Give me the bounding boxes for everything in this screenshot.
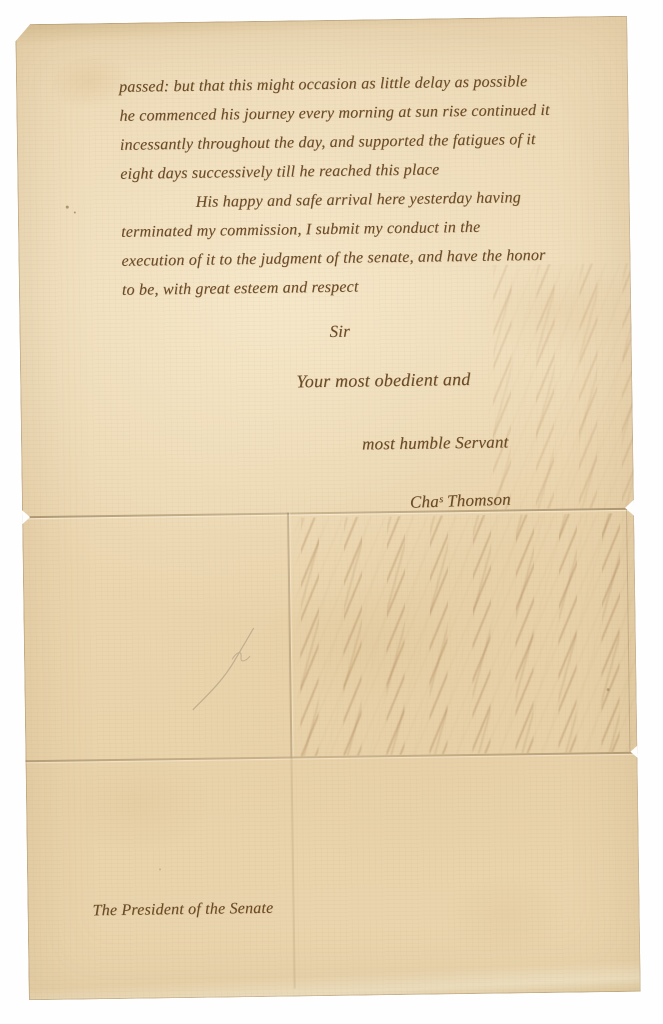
pencil-mark [159,593,271,720]
addressee-line: The President of the Senate [92,900,273,921]
manuscript-line: incessantly throughout the day, and supp… [120,125,551,160]
edge-notch [21,509,30,525]
fold-crease-horizontal-lower [25,752,637,763]
manuscript-line: execution of it to the judgment of the s… [121,241,552,276]
fold-crease-vertical-faint [290,757,295,989]
fold-crease-vertical [287,513,292,757]
foxing-spot [66,206,69,209]
manuscript-line: His happy and safe arrival here yesterda… [121,183,552,218]
letter-page: passed: but that this might occasion as … [15,16,641,1000]
bleed-through-writing [294,513,637,757]
manuscript-line: to be, with great esteem and respect [122,270,553,305]
closing-line: most humble Servant [362,432,509,454]
scan-backdrop: passed: but that this might occasion as … [0,0,663,1024]
foxing-spot [159,868,161,870]
signature: Chaˢ Thomson [410,490,512,513]
letter-body: passed: but that this might occasion as … [119,67,552,305]
salutation: Sir [329,322,350,342]
edge-notch [625,499,635,517]
foxing-spot [607,688,610,691]
right-edge-crease [626,508,630,752]
foxing-spot [74,211,76,213]
fold-crease-horizontal-upper [22,508,634,519]
bleed-through-writing [487,263,640,510]
edge-notch [630,745,638,759]
closing-line: Your most obedient and [296,369,471,392]
